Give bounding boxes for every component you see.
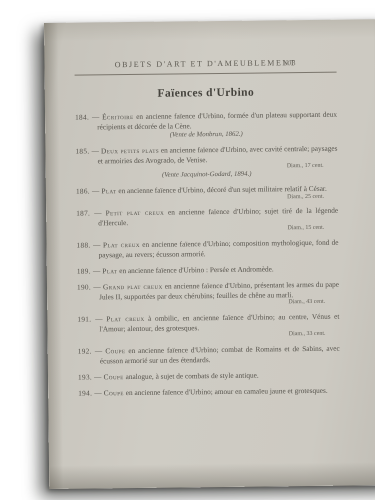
book-page: OBJETS D'ART ET D'AMEUBLEMENT 103 Faïenc… bbox=[44, 19, 375, 489]
lot-number: 191. — bbox=[77, 314, 103, 323]
lot-number: 194. — bbox=[78, 388, 102, 397]
catalog-entry-185: 185. — Deux petits plats en ancienne faï… bbox=[75, 144, 337, 180]
catalog-entry-184: 184. — Écritoire en ancienne faïence d'U… bbox=[75, 110, 337, 140]
lot-number: 190. — bbox=[77, 282, 101, 291]
catalog-entry-189: 189. — Plat en ancienne faïence d'Urbino… bbox=[77, 263, 339, 276]
catalog-entry-191: 191. — Plat creux à ombilic, en ancienne… bbox=[77, 312, 339, 340]
lot-lead: Plat creux bbox=[106, 314, 144, 323]
running-header: OBJETS D'ART ET D'AMEUBLEMENT 103 bbox=[74, 58, 336, 70]
catalog-entry-192: 192. — Coupe en ancienne faïence d'Urbin… bbox=[78, 344, 340, 366]
catalog-entry-187: 187. — Petit plat creux en ancienne faïe… bbox=[76, 206, 338, 234]
lot-lead: Deux petits plats bbox=[101, 146, 159, 156]
lot-number: 185. — bbox=[75, 146, 99, 155]
lot-number: 187. — bbox=[76, 208, 102, 217]
running-header-title: OBJETS D'ART ET D'AMEUBLEMENT bbox=[115, 58, 297, 69]
lot-number: 186. — bbox=[76, 186, 100, 195]
lot-number: 192. — bbox=[78, 346, 103, 355]
header-rule bbox=[75, 72, 337, 76]
lot-lead: Coupe bbox=[105, 346, 125, 355]
lot-text: en ancienne faïence d'Urbino; combat de … bbox=[100, 344, 340, 365]
lot-number: 193. — bbox=[78, 372, 102, 381]
lot-lead: Plat bbox=[102, 266, 117, 275]
catalog-entry-190: 190. — Grand plat creux en ancienne faïe… bbox=[77, 280, 339, 308]
catalog-entry-194: 194. — Coupe en ancienne faïence d'Urbin… bbox=[78, 386, 340, 399]
lot-lead: Plat creux bbox=[103, 240, 140, 249]
lot-lead: Coupe bbox=[103, 372, 123, 381]
lot-number: 184. — bbox=[75, 112, 100, 121]
lot-text: en ancienne faïence d'Urbino : Persée et… bbox=[119, 264, 274, 275]
page-content: OBJETS D'ART ET D'AMEUBLEMENT 103 Faïenc… bbox=[74, 58, 340, 405]
lot-lead: Grand plat creux bbox=[103, 282, 163, 292]
lot-lead: Coupe bbox=[104, 388, 124, 397]
page-number: 103 bbox=[283, 59, 297, 67]
catalog-entry-193: 193. — Coupe analogue, à sujet de combat… bbox=[78, 369, 340, 382]
lot-number: 188. — bbox=[76, 240, 100, 249]
section-title: Faïences d'Urbino bbox=[75, 86, 337, 101]
lot-text: en ancienne faïence d'Urbino; amour en c… bbox=[126, 386, 328, 397]
lot-lead: Écritoire bbox=[102, 112, 134, 121]
lot-lead: Plat bbox=[101, 186, 116, 195]
lot-text: analogue, à sujet de combats de style an… bbox=[126, 370, 259, 381]
lot-lead: Petit plat creux bbox=[106, 208, 165, 218]
catalog-entry-186: 186. — Plat en ancienne faïence d'Urbino… bbox=[76, 183, 338, 202]
lot-number: 189. — bbox=[77, 266, 101, 275]
catalog-entry-188: 188. — Plat creux en ancienne faïence d'… bbox=[76, 238, 338, 260]
